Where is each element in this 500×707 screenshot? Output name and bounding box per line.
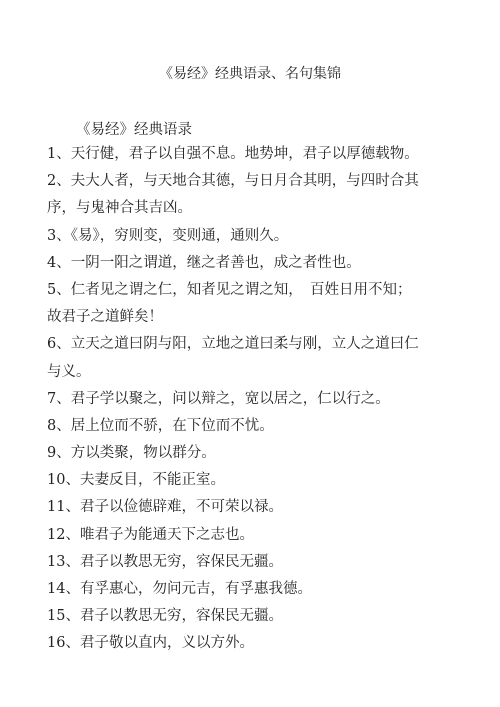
document-title: 《易经》经典语录、名句集锦 bbox=[0, 64, 500, 84]
document-page: 《易经》经典语录、名句集锦 《易经》经典语录 1、天行健，君子以自强不息。地势坤… bbox=[0, 0, 500, 707]
quote-line: 序，与鬼神合其吉凶。 bbox=[47, 195, 447, 222]
quote-line: 14、有孚惠心，勿问元吉，有孚惠我德。 bbox=[47, 576, 447, 603]
quote-line: 故君子之道鲜矣！ bbox=[47, 304, 447, 331]
quote-line: 与义。 bbox=[47, 359, 447, 386]
quote-line: 12、唯君子为能通天下之志也。 bbox=[47, 522, 447, 549]
quote-line: 1、天行健，君子以自强不息。地势坤，君子以厚德载物。 bbox=[47, 141, 447, 168]
quote-line: 7、君子学以聚之，问以辩之，宽以居之，仁以行之。 bbox=[47, 386, 447, 413]
quote-line: 8、居上位而不骄，在下位而不忧。 bbox=[47, 413, 447, 440]
quote-line: 6、立天之道曰阴与阳，立地之道曰柔与刚，立人之道曰仁 bbox=[47, 331, 447, 358]
quote-line: 15、君子以教思无穷，容保民无疆。 bbox=[47, 603, 447, 630]
quote-line: 11、君子以俭德辟难，不可荣以禄。 bbox=[47, 494, 447, 521]
quote-line: 10、夫妻反目，不能正室。 bbox=[47, 467, 447, 494]
section-heading: 《易经》经典语录 bbox=[76, 119, 192, 141]
quote-line: 13、君子以教思无穷，容保民无疆。 bbox=[47, 549, 447, 576]
quote-line: 2、夫大人者，与天地合其德，与日月合其明，与四时合其 bbox=[47, 168, 447, 195]
quote-line: 3、《易》，穷则变，变则通，通则久。 bbox=[47, 223, 447, 250]
quote-line: 4、一阴一阳之谓道，继之者善也，成之者性也。 bbox=[47, 250, 447, 277]
quote-list: 1、天行健，君子以自强不息。地势坤，君子以厚德载物。 2、夫大人者，与天地合其德… bbox=[47, 141, 447, 658]
quote-line: 9、方以类聚，物以群分。 bbox=[47, 440, 447, 467]
quote-line: 16、君子敬以直内，义以方外。 bbox=[47, 630, 447, 657]
quote-line: 5、仁者见之谓之仁，知者见之谓之知， 百姓日用不知； bbox=[47, 277, 447, 304]
